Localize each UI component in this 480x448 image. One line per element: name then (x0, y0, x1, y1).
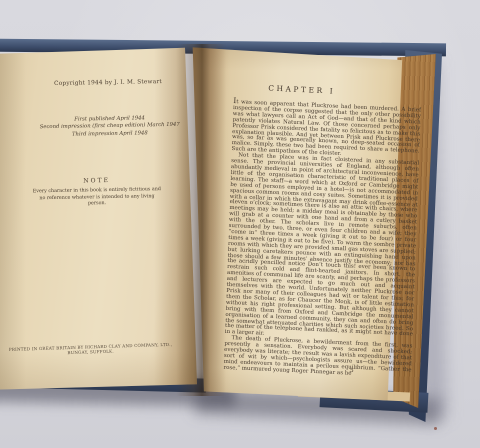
note-body: Every character in this book is entirely… (32, 187, 162, 209)
left-page-text: Copyright 1944 by J. I. M. Stewart First… (0, 0, 223, 402)
printer-imprint: PRINTED IN GREAT BRITAIN BY RICHARD CLAY… (6, 342, 174, 358)
impression-history: First published April 1944 Second impres… (4, 114, 216, 140)
copyright-line: Copyright 1944 by J. I. M. Stewart (3, 78, 213, 88)
dust-speck (434, 427, 437, 430)
page-number: 5 (350, 368, 354, 374)
chapter-paragraph: The death of Pluckrose, a bewilderment f… (223, 336, 412, 380)
chapter-page-text: CHAPTER I It was soon apparent that Pluc… (223, 82, 422, 386)
note-heading: NOTE (0, 175, 202, 186)
chapter-paragraph: Not that the place was in fact cloistere… (225, 153, 420, 344)
chapter-paragraph: It was soon apparent that Pluckrose had … (231, 98, 421, 162)
book-photo-scene: Copyright 1944 by J. I. M. Stewart First… (0, 0, 480, 448)
